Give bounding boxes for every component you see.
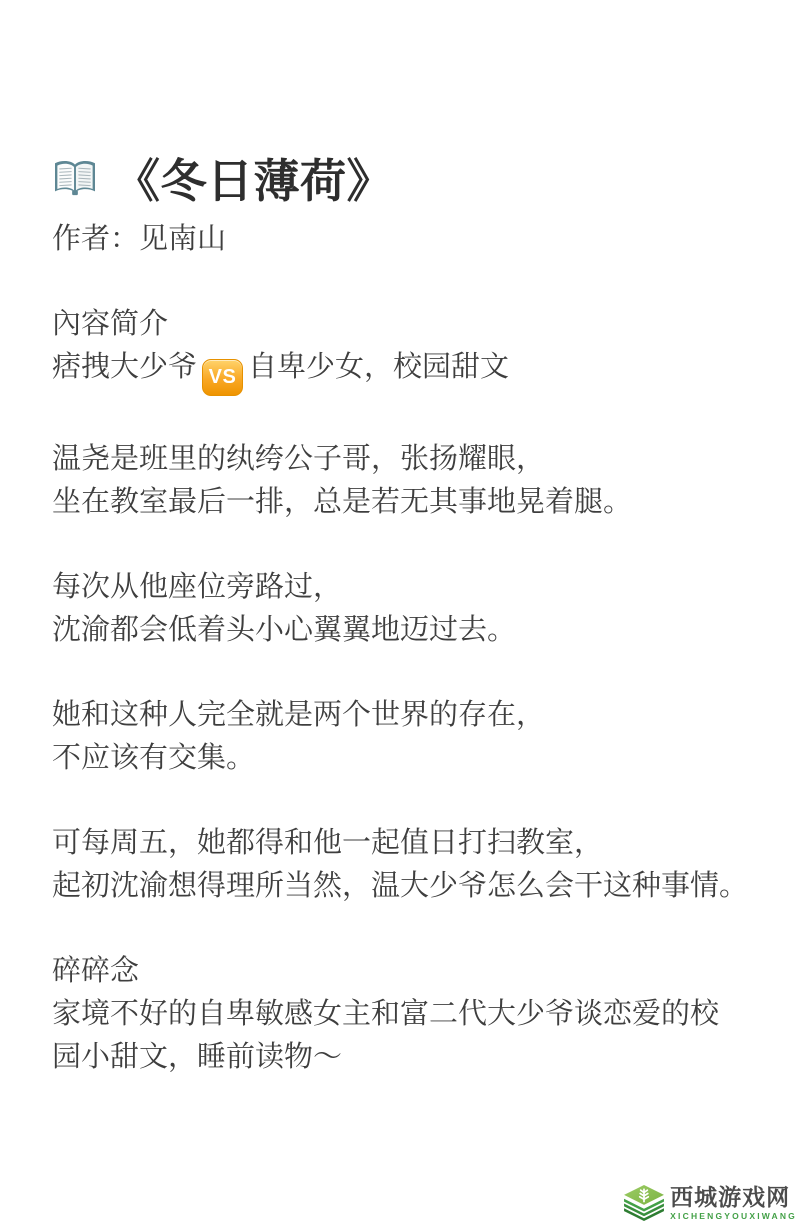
novel-intro-card: 《冬日薄荷》 作者：见南山 內容简介 痞拽大少爷VS自卑少女，校园甜文 温尧是班… (52, 150, 762, 1079)
synopsis-line: 温尧是班里的纨绔公子哥，张扬耀眼， (52, 438, 762, 481)
synopsis-line: 每次从他座位旁路过， (52, 566, 762, 609)
synopsis-line: 起初沈渝想得理所当然，温大少爷怎么会干这种事情。 (52, 865, 762, 908)
author-note-paragraph: 碎碎念 家境不好的自卑敏感女主和富二代大少爷谈恋爱的校 园小甜文，睡前读物～ (52, 950, 762, 1079)
open-book-icon (52, 158, 98, 198)
watermark-site-latin: XICHENGYOUXIWANG (670, 1211, 797, 1221)
intro-section: 內容简介 痞拽大少爷VS自卑少女，校园甜文 (52, 303, 762, 396)
author-note-line: 碎碎念 (52, 950, 762, 993)
author-note-line: 园小甜文，睡前读物～ (52, 1036, 762, 1079)
synopsis-paragraph: 每次从他座位旁路过， 沈渝都会低着头小心翼翼地迈过去。 (52, 566, 762, 652)
vs-badge-icon: VS (202, 359, 243, 396)
author-note-line: 家境不好的自卑敏感女主和富二代大少爷谈恋爱的校 (52, 993, 762, 1036)
synopsis-line: 不应该有交集。 (52, 737, 762, 780)
watermark-text-block: 西城游戏网 XICHENGYOUXIWANG (670, 1185, 797, 1221)
synopsis-line: 沈渝都会低着头小心翼翼地迈过去。 (52, 609, 762, 652)
author-line: 作者：见南山 (52, 218, 762, 261)
synopsis-line: 她和这种人完全就是两个世界的存在， (52, 694, 762, 737)
watermark-site-name: 西城游戏网 (670, 1185, 790, 1210)
intro-heading: 內容简介 (52, 303, 762, 346)
xicheng-logo-icon (623, 1184, 665, 1222)
tagline-right: 自卑少女，校园甜文 (248, 351, 509, 383)
tagline-left: 痞拽大少爷 (52, 351, 197, 383)
synopsis-paragraph: 温尧是班里的纨绔公子哥，张扬耀眼， 坐在教室最后一排，总是若无其事地晃着腿。 (52, 438, 762, 524)
synopsis-paragraph: 她和这种人完全就是两个世界的存在， 不应该有交集。 (52, 694, 762, 780)
synopsis-paragraph: 可每周五，她都得和他一起值日打扫教室， 起初沈渝想得理所当然，温大少爷怎么会干这… (52, 822, 762, 908)
tagline: 痞拽大少爷VS自卑少女，校园甜文 (52, 346, 762, 396)
synopsis-line: 可每周五，她都得和他一起值日打扫教室， (52, 822, 762, 865)
title-row: 《冬日薄荷》 (52, 150, 762, 206)
synopsis-line: 坐在教室最后一排，总是若无其事地晃着腿。 (52, 481, 762, 524)
site-watermark: 西城游戏网 XICHENGYOUXIWANG (623, 1184, 797, 1222)
page-title: 《冬日薄荷》 (114, 145, 393, 211)
